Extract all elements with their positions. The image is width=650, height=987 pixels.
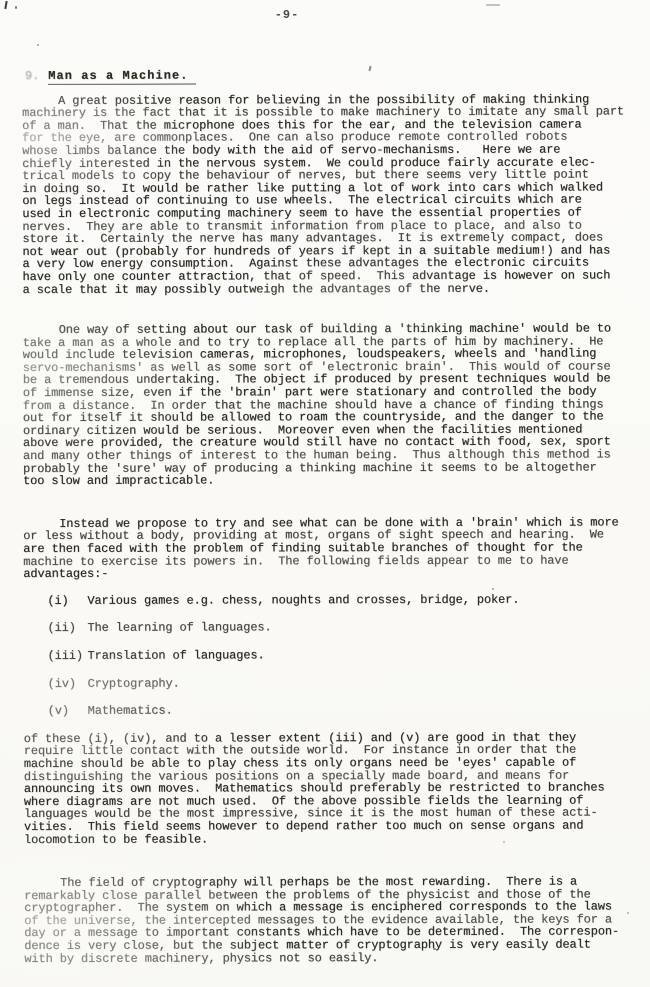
- text-line: of the universe, the intercepted message…: [24, 913, 638, 927]
- text-line: languages would be the most impressive, …: [24, 807, 638, 821]
- paragraph-brain-without-body: Instead we propose to try and see what c…: [23, 516, 637, 581]
- text-line: machine to exercise its powers in. The f…: [23, 554, 637, 568]
- text-line: a scale that it may possibly outweigh th…: [23, 282, 637, 296]
- paragraph-whole-man-replacement: One way of setting about our task of bui…: [23, 322, 637, 487]
- text-line: with by discrete machinery, physics not …: [24, 951, 638, 965]
- text-line: locomotion to be feasible.: [24, 832, 638, 846]
- ink-speck: [486, 4, 500, 6]
- list-item: (v)Mathematics.: [48, 704, 638, 718]
- text-line: servo-mechanisms' as well as some sort o…: [23, 360, 637, 374]
- list-item-label: (i): [47, 595, 87, 608]
- document-page: -9- 9.Man as a Machine. A great positive…: [0, 0, 650, 987]
- text-line: from a distance. In order that the machi…: [23, 398, 637, 412]
- text-line: require little contact with the outside …: [24, 744, 638, 758]
- paragraph-fields-discussion: of these (i), (iv), and to a lesser exte…: [24, 731, 638, 846]
- list-item: (ii)The learning of languages.: [47, 621, 637, 635]
- list-item-text: Cryptography.: [88, 676, 180, 690]
- section-heading: 9.Man as a Machine.: [25, 68, 636, 82]
- text-line: vities. This field seems however to depe…: [24, 819, 638, 833]
- paragraph-cryptography: The field of cryptography will perhaps b…: [24, 875, 638, 965]
- list-item-label: (ii): [47, 622, 87, 635]
- text-line: trical models to copy the behaviour of n…: [22, 169, 636, 183]
- fields-list: (i)Various games e.g. chess, noughts and…: [23, 593, 637, 718]
- list-item: (i)Various games e.g. chess, noughts and…: [47, 593, 637, 607]
- text-line: probably the 'sure' way of producing a t…: [23, 461, 637, 475]
- text-line: store it. Certainly the nerve has many a…: [22, 232, 636, 246]
- list-item: (iv)Cryptography.: [48, 676, 638, 690]
- page-content: 9.Man as a Machine. A great positive rea…: [22, 68, 638, 965]
- ink-speck: [37, 44, 39, 46]
- list-item: (iii)Translation of languages.: [48, 648, 638, 662]
- list-item-label: (v): [48, 705, 88, 718]
- list-item-label: (iv): [48, 677, 88, 690]
- text-line: distinguishing the various positions on …: [24, 769, 638, 783]
- list-item-text: Mathematics.: [88, 704, 173, 718]
- text-line: for the eye, are commonplaces. One can a…: [22, 131, 636, 145]
- text-line: or less without a body, providing at mos…: [23, 529, 637, 543]
- section-number: 9.: [25, 69, 39, 83]
- section-title: Man as a Machine.: [48, 69, 196, 85]
- paragraph-man-as-machine-intro: A great positive reason for believing in…: [22, 93, 637, 296]
- text-line: machinery is the fact that it is possibl…: [22, 106, 636, 120]
- text-line: remarkably close parallel between the pr…: [24, 888, 638, 902]
- list-item-text: Translation of languages.: [88, 648, 265, 662]
- list-item-text: Various games e.g. chess, noughts and cr…: [87, 592, 519, 607]
- text-line: take a man as a whole and to try to repl…: [23, 335, 637, 349]
- list-item-label: (iii): [48, 650, 88, 663]
- list-item-text: The learning of languages.: [87, 621, 271, 635]
- page-number: -9-: [0, 8, 612, 22]
